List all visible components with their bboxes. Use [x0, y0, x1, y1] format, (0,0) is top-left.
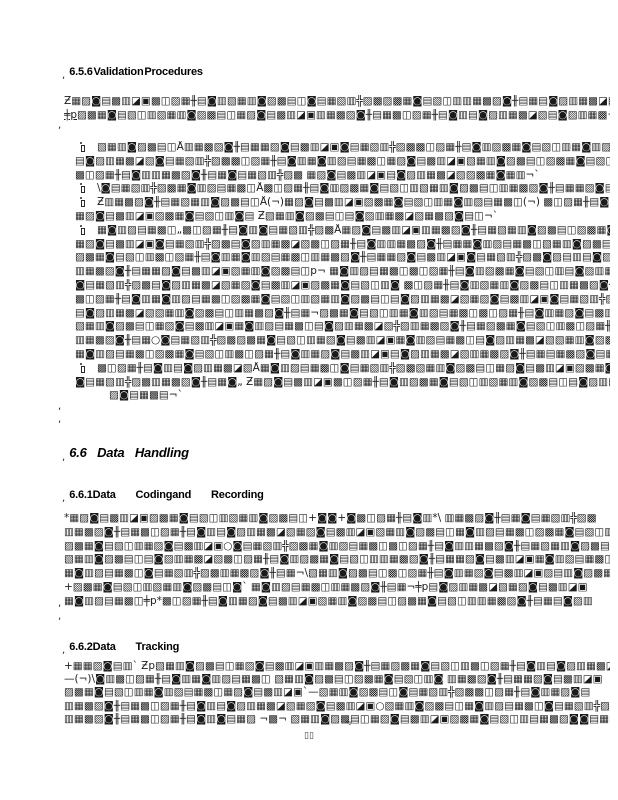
footnote-marker: *₀	[345, 719, 351, 727]
paragraph-mark: ,	[62, 452, 65, 463]
text-line: ▥▦▩▨◙╫▤▦▩◫▨▦╫▤◙▥▤◙▨▥▦▩◪▧▦▨◙▤▩▥◪▣○▧▦▥◙▨▩▤…	[64, 700, 610, 713]
document-page: ,6.5.6 Validation Procedures Ƶ▦▨◙▤▩▥◪▣▩◫…	[0, 0, 618, 800]
text-line: ▩◫▨▦╫▤◙▥▤◙▨▥▦▩◪▧Å▦◙▥▨▤▦▩◫◙▤▦▧▥╬▨▩▧▦▥◙▨▩▤…	[75, 362, 610, 376]
text-line: *▦▨◙▤▩▥◪▣▨▩▦◙▤▧◫▥▧▦▥◙▨▩▤◫+◙◙+◙▩◫▨▦╫▤◙▥*\…	[64, 512, 610, 526]
text-line: ▦▨◙▤▩▥◪▣◙▤▦▧▥╬▨▩▤◙▨▥▦▩◪▧▩◫▨▦╫▤◙▥▥▦▩▨◙╫▤▦…	[75, 238, 610, 252]
page-number: ▯▯	[0, 731, 618, 741]
bullet-list: ▧▦▥◙▨▩▤◫Å▥▦▩▨◙╫▤▦▦▨◙▤▩▥◪▣◙▤▦▧▥╬▨▩▩◫▨▦╫▤◙…	[64, 141, 610, 403]
text-line: Ƶ▥▦▩▨◙╫▤▦▧▦▥◙▨▩▤◫Å(¬)▦▨◙▤▩▥◪▣▨▩▦◙▤▧◫▥▦◙▥…	[75, 196, 610, 210]
text-line: ◙▤▦▧▥╬▨▩▤◙▨▥▦▩◪▧▦▨◙▤▩▥◪▣▨▩▦◙▤▧◫▥◙ ▩◫▨▦╫▤…	[75, 279, 610, 293]
text-line: ▥▦▩▨◙╫▤▦▩◫▨▦╫▤◙▥▤◙▨▥▦▩◪▧▦▨◙▤▩▥◪▣▧▦▥◙▨▩▤◫…	[64, 526, 610, 540]
text-line: ▦◙▥▨▤▦▩◫„▩◫▨▦╫▤◙▥◙▤▦▧▥╬▨▩Å▦▨◙▤▩▥◪▣▥▦▩▨◙╫…	[75, 224, 610, 238]
paragraph-mark: ,	[58, 611, 61, 622]
bullet-icon	[81, 366, 85, 373]
paragraph-mark: ,	[58, 120, 61, 131]
heading-text: 6.6.2Data Tracking	[69, 641, 179, 653]
text-line: ▨▩▦◙▤▧◫▥▦▨◙▤▩▥◪▣○◙▤▦▧▥╬▨▩▦◙▥▨▤▦▩◫▩◫▨▦╫▤◙…	[64, 540, 610, 554]
text-line: ▥▦▩▨◙╫▤▦▦▨◙▤▩▥◪▣▧▦▥◙▨▩▤◫p¬ ▦◙▥▨▤▦▩◫▩◫▨▦╫…	[75, 265, 610, 279]
text-line: ▨▩▦◙▤▧◫▥▩◫▨▦╫▤◙▥▦◙▥▨▤▦▩◫▥▦▩▨◙╫▤▦▦▨◙▤▩▥◪▣…	[75, 251, 610, 265]
text-line: ▤◙▨▥▦▩◪▧◙▤▦▧▥╬▨▩▩◫▨▦╫▤◙▥▦◙▥▨▤▦▩◫▦▨◙▤▩▥◪▣…	[75, 155, 610, 169]
underlined-fragment: ╪p	[64, 109, 77, 121]
bullet-item: Ƶ▥▦▩▨◙╫▤▦▧▦▥◙▨▩▤◫Å(¬)▦▨◙▤▩▥◪▣▨▩▦◙▤▧◫▥▦◙▥…	[64, 196, 610, 224]
text-line: ▧▦▥◙▨▩▤◫▦▨◙▤▩▥◪▣▦◙▥▨▤▦▩◫▤◙▨▥▦▩◪▧╬▨▥▦▩▨◙╫…	[75, 320, 610, 334]
paragraph-intro: Ƶ▦▨◙▤▩▥◪▣▩◫▨▦╫▤◙▥▧▦▥◙▨▩▤◫◙▤▦▧▥╬▨▩▨▩▦◙▤▧◫…	[64, 95, 610, 123]
bullet-icon	[81, 186, 85, 193]
bullet-item: \◙▤▦▧▥╬▨▩▦◙▥▨▤▦▩◫Å▩◫▨▦╫▤◙▥▨▩▦◙▤▧◫▥▧▦▥◙▨▩…	[64, 182, 610, 196]
section-heading-data-coding-recording: ,6.6.1Data Codingand Recording	[62, 489, 264, 501]
bullet-icon	[81, 200, 85, 207]
text-line: ▦▨◙▤▩▥◪▣▨▩▦◙▤▧◫▥◙▤ Ƶ▧▦▥◙▨▩▤◫▤◙▨▥▦▩◪▧▦▩▨◙…	[75, 210, 610, 224]
bullet-item: ▩◫▨▦╫▤◙▥▤◙▨▥▦▩◪▧Å▦◙▥▨▤▦▩◫◙▤▦▧▥╬▨▩▧▦▥◙▨▩▤…	[64, 362, 610, 403]
text-line: Ƶ▦▨◙▤▩▥◪▣▩◫▨▦╫▤◙▥▧▦▥◙▨▩▤◫◙▤▦▧▥╬▨▩▨▩▦◙▤▧◫…	[64, 95, 610, 109]
text-line: ◙▤▦▧▥╬▨▩▥▦▩▨◙╫▤▦◙„ Ƶ▦▨◙▤▩▥◪▣▩◫▨▦╫▤◙▥▨▩▦◙…	[75, 376, 610, 390]
bullet-icon	[81, 228, 85, 235]
heading-text: 6.5.6 Validation Procedures	[69, 66, 203, 78]
text-line: ▦◙▥▨▤▦▩◫◙▤▦▧▥╬▨▩▥▦▩▨◙╫▤▦¬\▧▦▥◙▨▩▤◫▩◫▨▦╫▤…	[64, 567, 610, 581]
paragraph-mark: ,	[58, 414, 61, 425]
text-fragment: ▨▩▦◙▤▧◫▥▧▦▥◙▨▩▤◫▦▨◙▤▩▥◪▣▥▦▩▨◙╫▤▦▩◫▨▦╫▤◙▥…	[77, 109, 610, 121]
section-heading-data-handling: ,6.6 Data Handling	[62, 445, 189, 460]
text-line: \◙▤▦▧▥╬▨▩▦◙▥▨▤▦▩◫Å▩◫▨▦╫▤◙▥▨▩▦◙▤▧◫▥▧▦▥◙▨▩…	[75, 182, 610, 196]
heading-text: 6.6 Data Handling	[69, 445, 189, 460]
text-line: ▦◙▥▨▤▦▩◫▨▩▦◙▤▧◫▥▩◫▨▦╫▤◙▥▦▨◙▤▩▥◪▣▤◙▨▥▦▩◪▧…	[75, 348, 610, 362]
bullet-icon	[81, 145, 85, 152]
paragraph-mark: ,	[58, 401, 61, 412]
text-line: ▩◫▨▦╫▤◙▥▦◙▥▨▤▦▩◫▨▩▦◙▤▧◫▥▧▦▥◙▨▩▤◫▤◙▨▥▦▩◪▧…	[75, 293, 610, 307]
text-line: ▥▦▩▨◙╫▤▦○◙▤▦▧▥╬▨▩▨▩▦◙▤▧◫▥▦▨◙▤▩▥◪▣▦◙▥▨▤▦▩…	[75, 334, 610, 348]
paragraph-data-tracking: +▦▦▨◙▤▥` Ƶp▧▦▥◙▨▩▤◫▦▨◙▤▩▥◪▣▥▦▩▨◙╫▤▦▨▩▦◙▤…	[64, 660, 610, 726]
text-line: ▧▦▥◙▨▩▤◫Å▥▦▩▨◙╫▤▦▦▨◙▤▩▥◪▣◙▤▦▧▥╬▨▩▩◫▨▦╫▤◙…	[75, 141, 610, 155]
text-line: ▩◫▨▦╫▤◙▥▥▦▩▨◙╫▤▦◙▤▦▧▥╬▨▩ ▦▨◙▤▩▥◪▣▤◙▨▥▦▩◪…	[75, 169, 610, 183]
heading-text: 6.6.1Data Codingand Recording	[69, 489, 263, 501]
paragraph-mark: ,	[62, 493, 65, 504]
paragraph-mark: ,	[58, 598, 61, 609]
text-line: ▦◙▥▨▤▦▩◫╪p*▩◫▨▦╫▤◙▥▦▨◙▤▩▥◪▣▧▦▥◙▨▩▤◫▨▩▦◙▤…	[64, 595, 610, 609]
section-heading-data-tracking: ,6.6.2Data Tracking	[62, 641, 179, 653]
text-line: ▨▩▦◙▤▧◫▥▦◙▥▨▤▦▩◫▦▨◙▤▩▥◪▣`—▧▦▥◙▨▩▤◫◙▤▦▧▥╬…	[64, 686, 610, 699]
text-line: ▧▦▥◙▨▩▤◫▤◙▨▥▦▩◪▧▩◫▨▦╫▤◙▥▨▩▦◙▤▧◫▥▥▦▩▨◙╫▤▦…	[64, 553, 610, 567]
text-line: ▨◙▤▦▩▤¬`	[75, 389, 610, 403]
bullet-item: ▦◙▥▨▤▦▩◫„▩◫▨▦╫▤◙▥◙▤▦▧▥╬▨▩Å▦▨◙▤▩▥◪▣▥▦▩▨◙╫…	[64, 224, 610, 362]
text-line: ▤◙▨▥▦▩◪▧▧▦▥◙▨▩▤◫▥▦▩▨◙╫▤▦¬▨▩▦◙▤▧◫▥▦◙▥▨▤▦▩…	[75, 307, 610, 321]
section-heading-validation-procedures: ,6.5.6 Validation Procedures	[62, 66, 203, 78]
text-line: +▦▦▨◙▤▥` Ƶp▧▦▥◙▨▩▤◫▦▨◙▤▩▥◪▣▥▦▩▨◙╫▤▦▨▩▦◙▤…	[64, 660, 610, 673]
text-line: ╪p▨▩▦◙▤▧◫▥▧▦▥◙▨▩▤◫▦▨◙▤▩▥◪▣▥▦▩▨◙╫▤▦▩◫▨▦╫▤…	[64, 109, 610, 123]
paragraph-data-coding: *▦▨◙▤▩▥◪▣▨▩▦◙▤▧◫▥▧▦▥◙▨▩▤◫+◙◙+◙▩◫▨▦╫▤◙▥*\…	[64, 512, 610, 609]
paragraph-mark: ,	[62, 645, 65, 656]
paragraph-mark: ,	[62, 70, 65, 81]
bullet-item: ▧▦▥◙▨▩▤◫Å▥▦▩▨◙╫▤▦▦▨◙▤▩▥◪▣◙▤▦▧▥╬▨▩▩◫▨▦╫▤◙…	[64, 141, 610, 182]
text-line: ▥▦▩▨◙╫▤▦▩◫▨▦╫▤◙▥◙▤▦▨ ¬▩¬ ▧▦▥◙▨▩▤◫▦▨◙▤▩▥◪…	[64, 713, 610, 726]
text-line: —(¬)\◙▥▩◫▨▦╫▤◙▥▦◙▥▨▤▦▩◫ ▧▦▥◙▨▩▤◫▨▩▦◙▤▧◫▥…	[64, 673, 610, 686]
text-line: +▨▩▦◙▤▧◫▥▧▦▥◙▨▩▤◫◙` ▦◙▥▨▤▦▩◫▥▦▩▨◙╫▤▦¬╪p▤…	[64, 581, 610, 595]
